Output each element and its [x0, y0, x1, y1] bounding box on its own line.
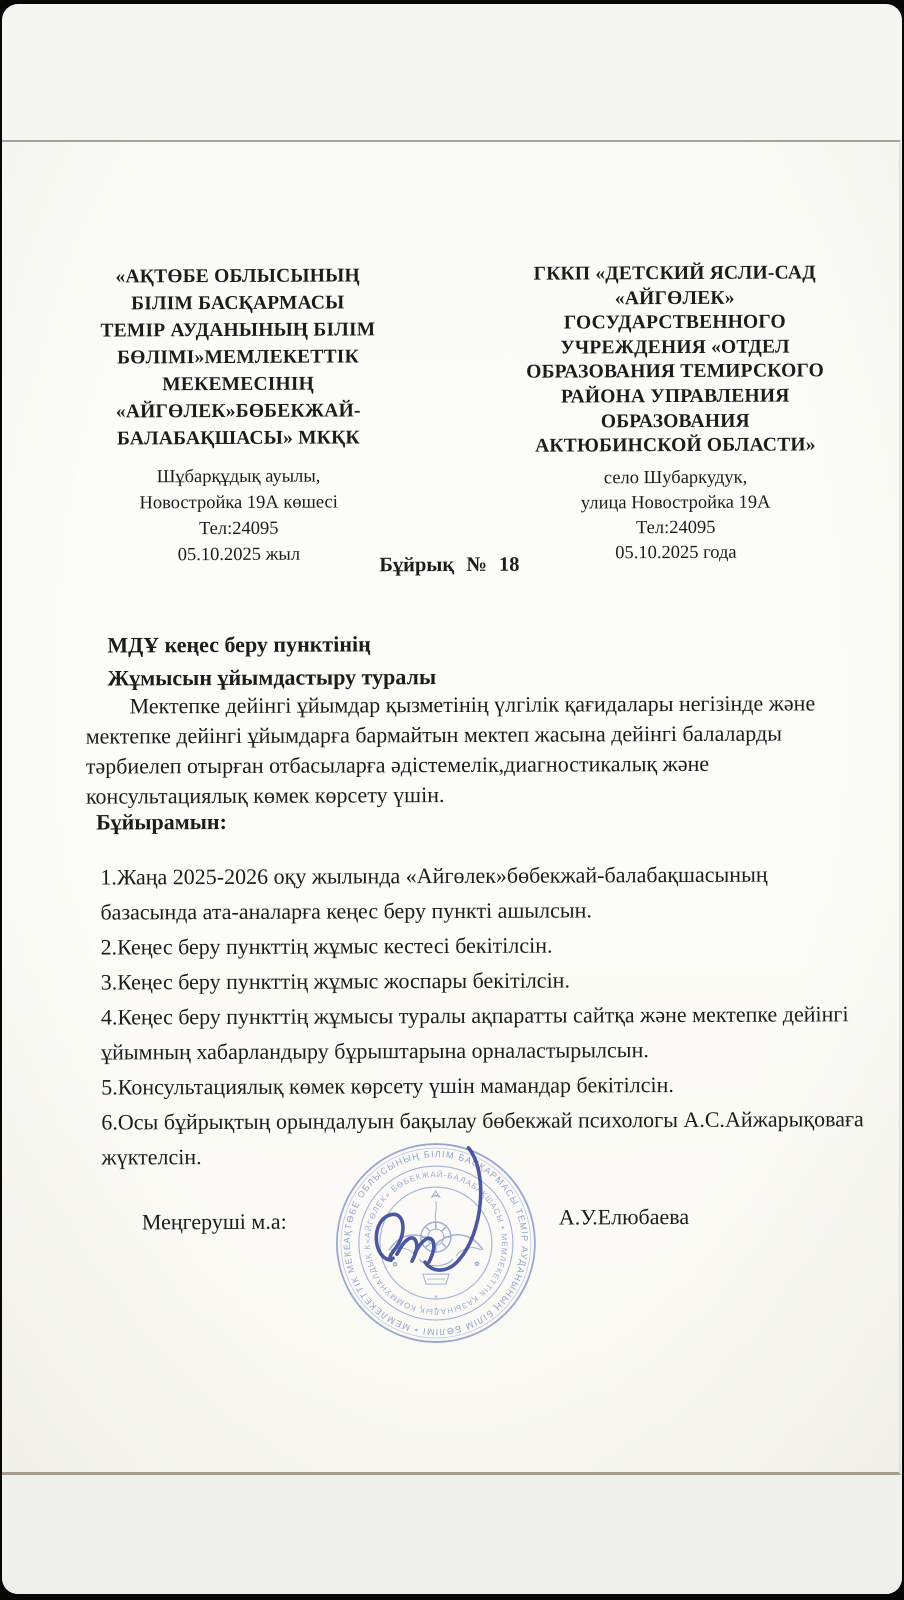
order-subject-line: МДҰ кеңес беру пунктінің: [107, 627, 436, 661]
order-number-title: Бұйрық № 18: [2, 552, 898, 579]
signatory-name: А.У.Елюбаева: [559, 1204, 689, 1231]
org-block-kazakh: «АҚТӨБЕ ОБЛЫСЫНЫҢ БІЛІМ БАСҚАРМАСЫ ТЕМІР…: [62, 262, 415, 569]
order-item: 5.Консультациялық көмек көрсету үшін мам…: [101, 1066, 869, 1104]
org-block-russian: ГККП «ДЕТСКИЙ ЯСЛИ-САД «АЙГӨЛЕК» ГОСУДАР…: [466, 261, 885, 567]
svg-text:*: *: [434, 1293, 438, 1303]
stamp-star-marks: * *: [434, 1293, 438, 1315]
signatory-role: Меңгеруші м.а:: [142, 1209, 287, 1236]
org-name-ru-line: ОБРАЗОВАНИЯ ТЕМИРСКОГО: [466, 359, 884, 385]
org-address-kk-line: Тел:24095: [63, 515, 415, 543]
org-name-kk-line: БАЛАБАҚШАСЫ» МКҚК: [62, 424, 414, 453]
org-name-ru-line: АКТЮБИНСКОЙ ОБЛАСТИ»: [466, 433, 884, 459]
org-name-ru-line: ГОСУДАРСТВЕННОГО: [466, 310, 884, 336]
order-item: 2.Кеңес беру пункттің жұмыс кестесі бекі…: [101, 926, 869, 964]
org-address-kk: Шұбарқұдық ауылы, Новостройка 19А көшесі…: [63, 463, 415, 569]
order-item: 1.Жаңа 2025-2026 оқу жылында «Айгөлек»бө…: [100, 856, 868, 929]
decree-word: Бұйырамын:: [96, 809, 227, 836]
org-name-kk-line: «АҚТӨБЕ ОБЛЫСЫНЫҢ: [62, 262, 414, 291]
photo-background-bottom: [2, 1470, 902, 1594]
official-stamp: АҚТӨБЕ ОБЛЫСЫНЫҢ БІЛІМ БАСҚАРМАСЫ ТЕМІР …: [330, 1138, 541, 1349]
intro-paragraph: Мектепке дейінгі ұйымдар қызметінің үлгі…: [85, 688, 868, 811]
org-address-ru-line: Тел:24095: [467, 515, 885, 542]
org-name-kk-line: ТЕМІР АУДАНЫНЫҢ БІЛІМ: [62, 316, 414, 345]
org-address-ru-line: улица Новостройка 19А: [467, 490, 885, 517]
order-item: 4.Кеңес беру пункттің жұмысы туралы ақпа…: [101, 996, 869, 1069]
document-content: «АҚТӨБЕ ОБЛЫСЫНЫҢ БІЛІМ БАСҚАРМАСЫ ТЕМІР…: [2, 140, 902, 1474]
org-name-ru-line: «АЙГӨЛЕК»: [466, 286, 884, 312]
svg-text:*: *: [434, 1305, 438, 1315]
org-address-kk-line: Новостройка 19А көшесі: [63, 489, 415, 517]
document-paper: «АҚТӨБЕ ОБЛЫСЫНЫҢ БІЛІМ БАСҚАРМАСЫ ТЕМІР…: [2, 140, 901, 1475]
org-address-kk-line: Шұбарқұдық ауылы,: [63, 463, 415, 491]
order-subject: МДҰ кеңес беру пунктінің Жұмысын ұйымдас…: [107, 627, 436, 694]
order-items-list: 1.Жаңа 2025-2026 оқу жылында «Айгөлек»бө…: [100, 856, 869, 1174]
org-name-ru-line: ГККП «ДЕТСКИЙ ЯСЛИ-САД: [466, 261, 884, 287]
org-name-kk-line: БӨЛІМІ»МЕМЛЕКЕТТІК: [62, 343, 414, 372]
org-name-kk-line: «АЙГӨЛЕК»БӨБЕКЖАЙ-: [62, 397, 414, 426]
org-address-ru-line: село Шубаркудук,: [467, 465, 885, 492]
photo-card: «АҚТӨБЕ ОБЛЫСЫНЫҢ БІЛІМ БАСҚАРМАСЫ ТЕМІР…: [2, 4, 902, 1594]
org-name-ru-line: УЧРЕЖДЕНИЯ «ОТДЕЛ: [466, 335, 884, 361]
order-item: 3.Кеңес беру пункттің жұмыс жоспары бекі…: [101, 961, 869, 999]
org-name-ru-line: ОБРАЗОВАНИЯ: [466, 409, 884, 435]
org-name-kk-line: МЕКЕМЕСІНІҢ: [62, 370, 414, 399]
org-name-ru-line: РАЙОНА УПРАВЛЕНИЯ: [466, 384, 884, 410]
org-name-kk-line: БІЛІМ БАСҚАРМАСЫ: [62, 289, 414, 318]
